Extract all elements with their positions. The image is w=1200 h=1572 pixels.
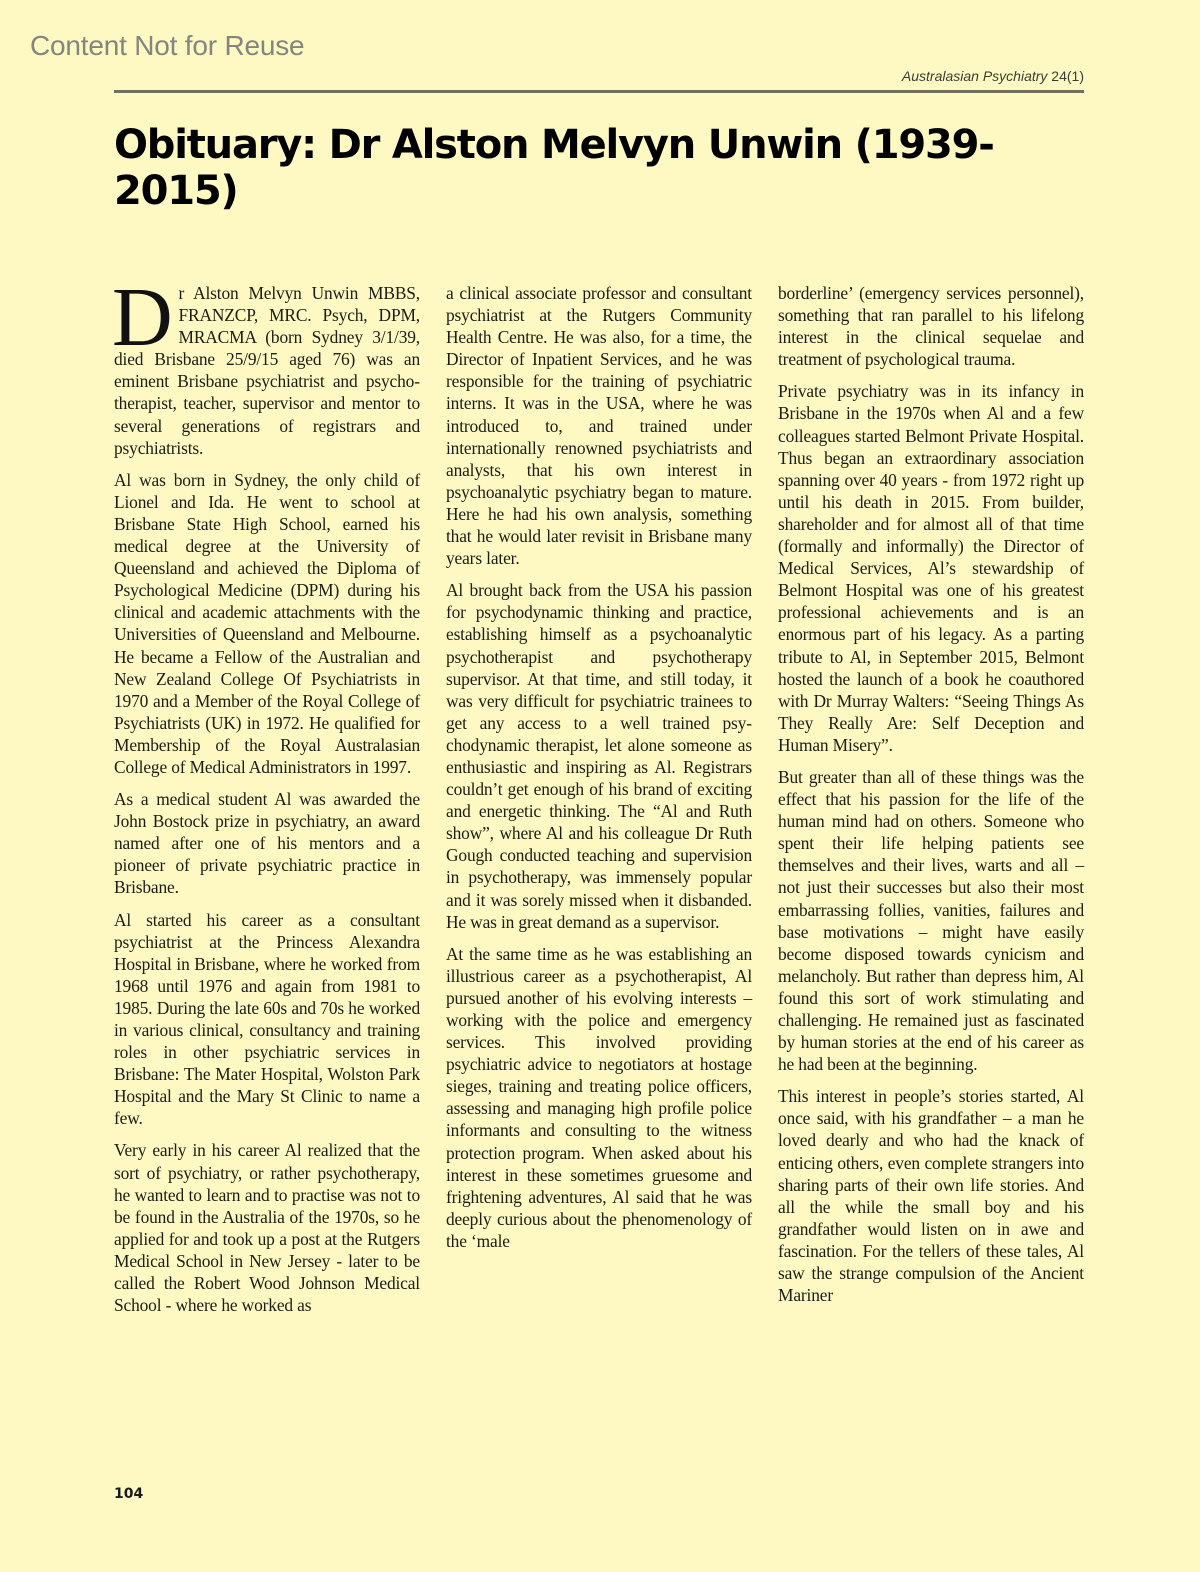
article-body: Dr Alston Melvyn Unwin MBBS, FRANZCP, MR… xyxy=(114,282,1084,1326)
article-title: Obituary: Dr Alston Melvyn Unwin (1939-2… xyxy=(114,122,1014,214)
header-rule xyxy=(114,90,1084,93)
journal-issue: 24(1) xyxy=(1047,68,1084,84)
paragraph: a clinical associate professor and consu… xyxy=(446,282,752,569)
watermark-text: Content Not for Reuse xyxy=(30,30,304,62)
paragraph: Very early in his career Al realized tha… xyxy=(114,1139,420,1316)
paragraph: Al started his career as a consultant ps… xyxy=(114,909,420,1130)
column-2: a clinical associate professor and consu… xyxy=(446,282,752,1326)
drop-cap: D xyxy=(112,286,173,350)
page-number: 104 xyxy=(114,1486,143,1502)
paragraph: This interest in people’s stories starte… xyxy=(778,1085,1084,1306)
paragraph: Private psychiatry was in its infancy in… xyxy=(778,380,1084,756)
paragraph: Dr Alston Melvyn Unwin MBBS, FRANZCP, MR… xyxy=(114,282,420,459)
paragraph: Al brought back from the USA his passion… xyxy=(446,579,752,933)
column-3: borderline’ (emergency services personne… xyxy=(778,282,1084,1326)
paragraph: At the same time as he was establish­ing… xyxy=(446,943,752,1252)
journal-name: Australasian Psychiatry xyxy=(902,68,1048,84)
paragraph: As a medical student Al was awarded the … xyxy=(114,788,420,898)
paragraph: But greater than all of these things was… xyxy=(778,766,1084,1075)
running-head: Australasian Psychiatry 24(1) xyxy=(902,68,1084,84)
column-1: Dr Alston Melvyn Unwin MBBS, FRANZCP, MR… xyxy=(114,282,420,1326)
paragraph: borderline’ (emergency services personne… xyxy=(778,282,1084,370)
paragraph: Al was born in Sydney, the only child of… xyxy=(114,469,420,778)
